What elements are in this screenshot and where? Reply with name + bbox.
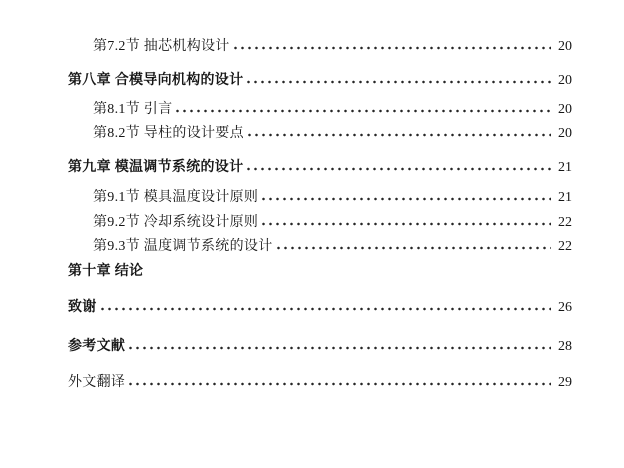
toc-entry-sec-9-1[interactable]: 第9.1节 模具温度设计原则 21: [68, 188, 572, 205]
toc-entry-acknowledgements[interactable]: 致谢 26: [68, 298, 572, 315]
toc-entry-sec-9-2[interactable]: 第9.2节 冷却系统设计原则 22: [68, 213, 572, 230]
dot-leader: [99, 298, 551, 311]
dot-leader: [245, 158, 551, 171]
toc-entry-label: 第8.1节 引言: [93, 101, 172, 118]
toc-entry-label: 第九章 模温调节系统的设计: [68, 159, 243, 176]
toc-page-number: 22: [554, 214, 572, 231]
table-of-contents: 第7.2节 抽芯机构设计 20 第八章 合模导向机构的设计 20 第8.1节 引…: [0, 0, 624, 390]
toc-entry-foreign-translation[interactable]: 外文翻译 29: [68, 373, 572, 390]
toc-page-number: 29: [554, 374, 572, 391]
toc-page-number: 20: [554, 72, 572, 89]
toc-entry-sec-8-2[interactable]: 第8.2节 导柱的设计要点 20: [68, 124, 572, 141]
toc-page-number: 20: [554, 125, 572, 142]
dot-leader: [245, 71, 551, 84]
toc-entry-label: 参考文献: [68, 338, 125, 355]
toc-entry-sec-8-1[interactable]: 第8.1节 引言 20: [68, 100, 572, 117]
toc-page-number: 28: [554, 338, 572, 355]
dot-leader: [174, 100, 551, 113]
toc-page-number: 20: [554, 101, 572, 118]
dot-leader: [260, 213, 551, 226]
toc-page-number: 20: [554, 38, 572, 55]
dot-leader: [127, 337, 551, 350]
toc-entry-label: 第八章 合模导向机构的设计: [68, 72, 243, 89]
toc-entry-label: 第9.3节 温度调节系统的设计: [93, 238, 273, 255]
toc-page-number: 26: [554, 299, 572, 316]
dot-leader: [127, 373, 551, 386]
dot-leader: [275, 237, 552, 250]
toc-page-number: 21: [554, 189, 572, 206]
dot-leader: [232, 37, 551, 50]
toc-entry-label: 第十章 结论: [68, 263, 143, 280]
dot-leader: [260, 188, 551, 201]
toc-entry-label: 第9.1节 模具温度设计原则: [93, 189, 258, 206]
toc-entry-label: 第8.2节 导柱的设计要点: [93, 125, 244, 142]
toc-entry-references[interactable]: 参考文献 28: [68, 337, 572, 354]
toc-entry-ch-10[interactable]: 第十章 结论: [68, 263, 572, 280]
toc-entry-sec-9-3[interactable]: 第9.3节 温度调节系统的设计 22: [68, 237, 572, 254]
toc-page-number: 22: [554, 238, 572, 255]
toc-entry-ch-8[interactable]: 第八章 合模导向机构的设计 20: [68, 71, 572, 88]
toc-entry-label: 第9.2节 冷却系统设计原则: [93, 214, 258, 231]
toc-entry-label: 第7.2节 抽芯机构设计: [93, 38, 230, 55]
dot-leader: [246, 124, 551, 137]
document-page: 第7.2节 抽芯机构设计 20 第八章 合模导向机构的设计 20 第8.1节 引…: [0, 0, 624, 468]
toc-entry-sec-7-2[interactable]: 第7.2节 抽芯机构设计 20: [68, 37, 572, 54]
toc-entry-label: 致谢: [68, 299, 97, 316]
toc-page-number: 21: [554, 159, 572, 176]
toc-entry-label: 外文翻译: [68, 374, 125, 391]
toc-entry-ch-9[interactable]: 第九章 模温调节系统的设计 21: [68, 158, 572, 175]
